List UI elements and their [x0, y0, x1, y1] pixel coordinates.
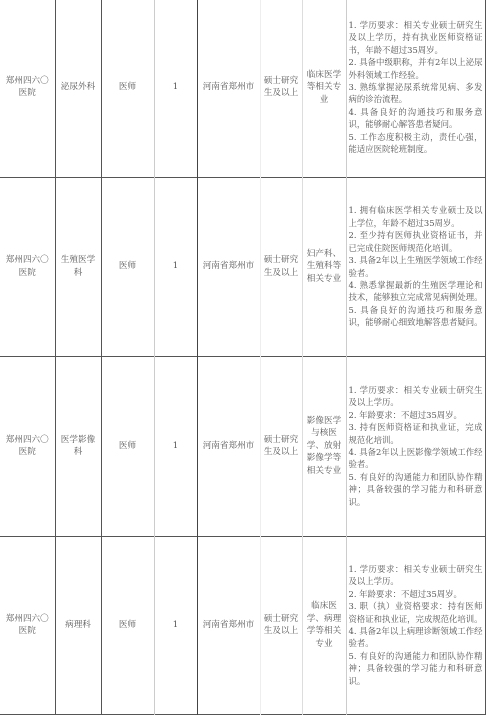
major-cell: 临床医学、病理学等相关专业	[302, 536, 346, 714]
hospital-text: 郑州四六〇医院	[2, 434, 53, 459]
position-text: 医师	[119, 441, 136, 451]
hospital-cell: 郑州四六〇医院	[0, 177, 55, 356]
hospital-cell: 郑州四六〇医院	[0, 536, 55, 714]
requirement-item: 3. 职（执）业资格要求：持有医师资格证和执业证，完成规范化培训。	[349, 600, 483, 625]
table-row: 郑州四六〇医院 泌尿外科 医师 1 河南省郑州市 硕士研究生及以上 临床医学等相…	[0, 0, 485, 177]
major-cell: 影像医学与核医学、放射影像学等相关专业	[302, 356, 346, 536]
major-text: 妇产科、生殖科等相关专业	[307, 249, 341, 284]
position-text: 医师	[119, 82, 136, 92]
requirement-item: 2. 具备中级职称，并有2年以上泌尿外科领域工作经验。	[349, 56, 483, 81]
major-text: 影像医学与核医学、放射影像学等相关专业	[307, 416, 341, 476]
major-cell: 妇产科、生殖科等相关专业	[302, 177, 346, 356]
hospital-cell: 郑州四六〇医院	[0, 0, 55, 177]
position-cell: 医师	[101, 177, 154, 356]
department-cell: 生殖医学科	[55, 177, 101, 356]
education-text: 硕士研究生及以上	[264, 255, 298, 278]
headcount-cell: 1	[154, 536, 197, 714]
education-cell: 硕士研究生及以上	[260, 536, 302, 714]
education-text: 硕士研究生及以上	[264, 614, 298, 637]
requirements-cell: 1. 拥有临床医学相关专业硕士及以上学位，年龄不超过35周岁。2. 至少持有医师…	[346, 177, 485, 356]
requirement-item: 1. 学历要求：相关专业硕士研究生及以上学历。	[349, 563, 483, 588]
table-row: 郑州四六〇医院 医学影像科 医师 1 河南省郑州市 硕士研究生及以上 影像医学与…	[0, 356, 485, 536]
hospital-cell: 郑州四六〇医院	[0, 356, 55, 536]
department-text: 生殖医学科	[61, 255, 95, 278]
requirement-item: 4. 具备2年以上医影像学领域工作经验者。	[349, 446, 483, 471]
requirement-item: 1. 学历要求：相关专业硕士研究生及以上学历，持有执业医师资格证书，年龄不超过3…	[349, 19, 483, 56]
requirement-item: 5. 具备良好的沟通技巧和服务意识，能够耐心细致地解答患者疑问。	[349, 304, 483, 329]
requirement-item: 5. 工作态度积极主动，责任心强，能适应医院轮班制度。	[349, 131, 483, 156]
hospital-text: 郑州四六〇医院	[2, 613, 53, 638]
requirement-item: 4. 具备2年以上病理诊断领域工作经验者。	[349, 625, 483, 650]
hospital-text: 郑州四六〇医院	[2, 75, 53, 100]
count-text: 1	[173, 261, 178, 271]
requirement-item: 3. 具备2年以上生殖医学领域工作经验者。	[349, 254, 483, 279]
location-text: 河南省郑州市	[203, 82, 255, 92]
requirement-item: 4. 具备良好的沟通技巧和服务意识，能够耐心解答患者疑问。	[349, 106, 483, 131]
requirement-item: 4. 熟悉掌握最新的生殖医学理论和技术，能够独立完成常见病例处理。	[349, 279, 483, 304]
major-text: 临床医学等相关专业	[307, 70, 341, 105]
location-cell: 河南省郑州市	[197, 0, 260, 177]
department-cell: 医学影像科	[55, 356, 101, 536]
requirement-item: 3. 持有医师资格证和执业证，完成规范化培训。	[349, 421, 483, 446]
hospital-text: 郑州四六〇医院	[2, 254, 53, 279]
count-text: 1	[173, 441, 178, 451]
department-cell: 病理科	[55, 536, 101, 714]
position-cell: 医师	[101, 356, 154, 536]
location-cell: 河南省郑州市	[197, 177, 260, 356]
department-text: 泌尿外科	[61, 82, 95, 92]
count-text: 1	[173, 620, 178, 630]
job-positions-table: 郑州四六〇医院 泌尿外科 医师 1 河南省郑州市 硕士研究生及以上 临床医学等相…	[0, 0, 486, 715]
headcount-cell: 1	[154, 0, 197, 177]
education-cell: 硕士研究生及以上	[260, 356, 302, 536]
requirements-cell: 1. 学历要求：相关专业硕士研究生及以上学历，持有执业医师资格证书，年龄不超过3…	[346, 0, 485, 177]
position-cell: 医师	[101, 0, 154, 177]
major-text: 临床医学、病理学等相关专业	[307, 601, 341, 649]
requirement-item: 2. 年龄要求：不超过35周岁。	[349, 409, 483, 421]
major-cell: 临床医学等相关专业	[302, 0, 346, 177]
requirement-item: 5. 有良好的沟通能力和团队协作精神；具备较强的学习能力和科研意识。	[349, 650, 483, 687]
requirements-cell: 1. 学历要求：相关专业硕士研究生及以上学历。2. 年龄要求：不超过35周岁。3…	[346, 356, 485, 536]
location-cell: 河南省郑州市	[197, 536, 260, 714]
requirement-item: 2. 年龄要求：不超过35周岁。	[349, 588, 483, 600]
education-text: 硕士研究生及以上	[264, 76, 298, 99]
location-text: 河南省郑州市	[203, 441, 255, 451]
count-text: 1	[173, 82, 178, 92]
headcount-cell: 1	[154, 356, 197, 536]
table-row: 郑州四六〇医院 病理科 医师 1 河南省郑州市 硕士研究生及以上 临床医学、病理…	[0, 536, 485, 714]
education-cell: 硕士研究生及以上	[260, 0, 302, 177]
requirement-item: 2. 至少持有医师执业资格证书，并已完成住院医师规范化培训。	[349, 229, 483, 254]
location-text: 河南省郑州市	[203, 261, 255, 271]
position-text: 医师	[119, 620, 136, 630]
position-cell: 医师	[101, 536, 154, 714]
department-text: 病理科	[65, 620, 91, 630]
position-text: 医师	[119, 261, 136, 271]
table-row: 郑州四六〇医院 生殖医学科 医师 1 河南省郑州市 硕士研究生及以上 妇产科、生…	[0, 177, 485, 356]
requirement-item: 1. 学历要求：相关专业硕士研究生及以上学历。	[349, 384, 483, 409]
requirement-item: 5. 有良好的沟通能力和团队协作精神；具备较强的学习能力和科研意识。	[349, 471, 483, 508]
education-cell: 硕士研究生及以上	[260, 177, 302, 356]
department-cell: 泌尿外科	[55, 0, 101, 177]
location-text: 河南省郑州市	[203, 620, 255, 630]
headcount-cell: 1	[154, 177, 197, 356]
requirement-item: 1. 拥有临床医学相关专业硕士及以上学位，年龄不超过35周岁。	[349, 204, 483, 229]
requirements-cell: 1. 学历要求：相关专业硕士研究生及以上学历。2. 年龄要求：不超过35周岁。3…	[346, 536, 485, 714]
department-text: 医学影像科	[61, 435, 95, 458]
location-cell: 河南省郑州市	[197, 356, 260, 536]
requirement-item: 3. 熟练掌握泌尿系统常见病、多发病的诊治流程。	[349, 81, 483, 106]
education-text: 硕士研究生及以上	[264, 435, 298, 458]
